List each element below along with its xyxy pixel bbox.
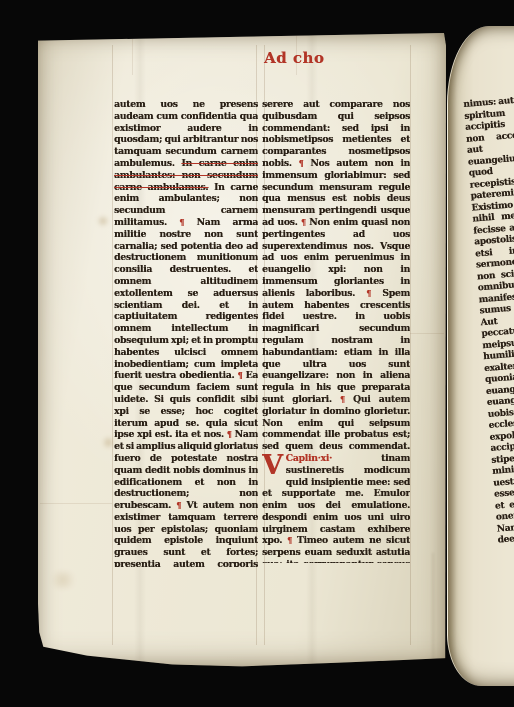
ruling-line: [132, 33, 133, 75]
ruling-line: [410, 333, 444, 334]
photo-background: Ad cho autem uos ne presens audeam cum c…: [0, 0, 514, 707]
facing-page: nimus: aut alium spiritum accipitis quem…: [447, 26, 514, 686]
paragraph-mark-icon: ¶: [299, 158, 304, 168]
ruling-line: [40, 503, 112, 504]
paragraph-mark-icon: ¶: [179, 217, 184, 227]
text-segment: Timeo autem ne sicut serpens euam seduxi…: [262, 535, 410, 563]
text-segment: Non enim quasi non pertingentes ad uos s…: [262, 217, 410, 299]
text-segment: Spem autem habentes crescentis fidei ues…: [262, 288, 410, 405]
facing-page-text: nimus: aut alium spiritum accipitis quem…: [463, 94, 514, 545]
paragraph-mark-icon: ¶: [301, 217, 306, 227]
stain: [48, 571, 78, 589]
paragraph-mark-icon: ¶: [227, 429, 232, 439]
paragraph-mark-icon: ¶: [176, 500, 181, 510]
paragraph-mark-icon: ¶: [340, 394, 345, 404]
running-header: Ad cho: [264, 49, 324, 67]
manuscript-page: Ad cho autem uos ne presens audeam cum c…: [38, 33, 446, 667]
text-segment: Nam arma militie nostre non sunt carnali…: [114, 217, 258, 381]
text-segment: Nam et si amplius aliquid gloriatus fuer…: [114, 429, 258, 511]
stain: [96, 216, 110, 226]
paragraph-mark-icon: ¶: [287, 535, 292, 545]
text-column-left: autem uos ne presens audeam cum confiden…: [114, 99, 258, 567]
parchment-crease: [432, 553, 434, 671]
ruling-line: [410, 45, 411, 645]
chapter-marker: Caplin·xi·: [286, 453, 332, 464]
paragraph-mark-icon: ¶: [238, 370, 243, 380]
text-column-right: serere aut comparare nos quibusdam qui s…: [262, 99, 410, 563]
chapter-initial: V: [262, 453, 286, 477]
paragraph-mark-icon: ¶: [366, 288, 371, 298]
ruling-line: [112, 45, 113, 645]
